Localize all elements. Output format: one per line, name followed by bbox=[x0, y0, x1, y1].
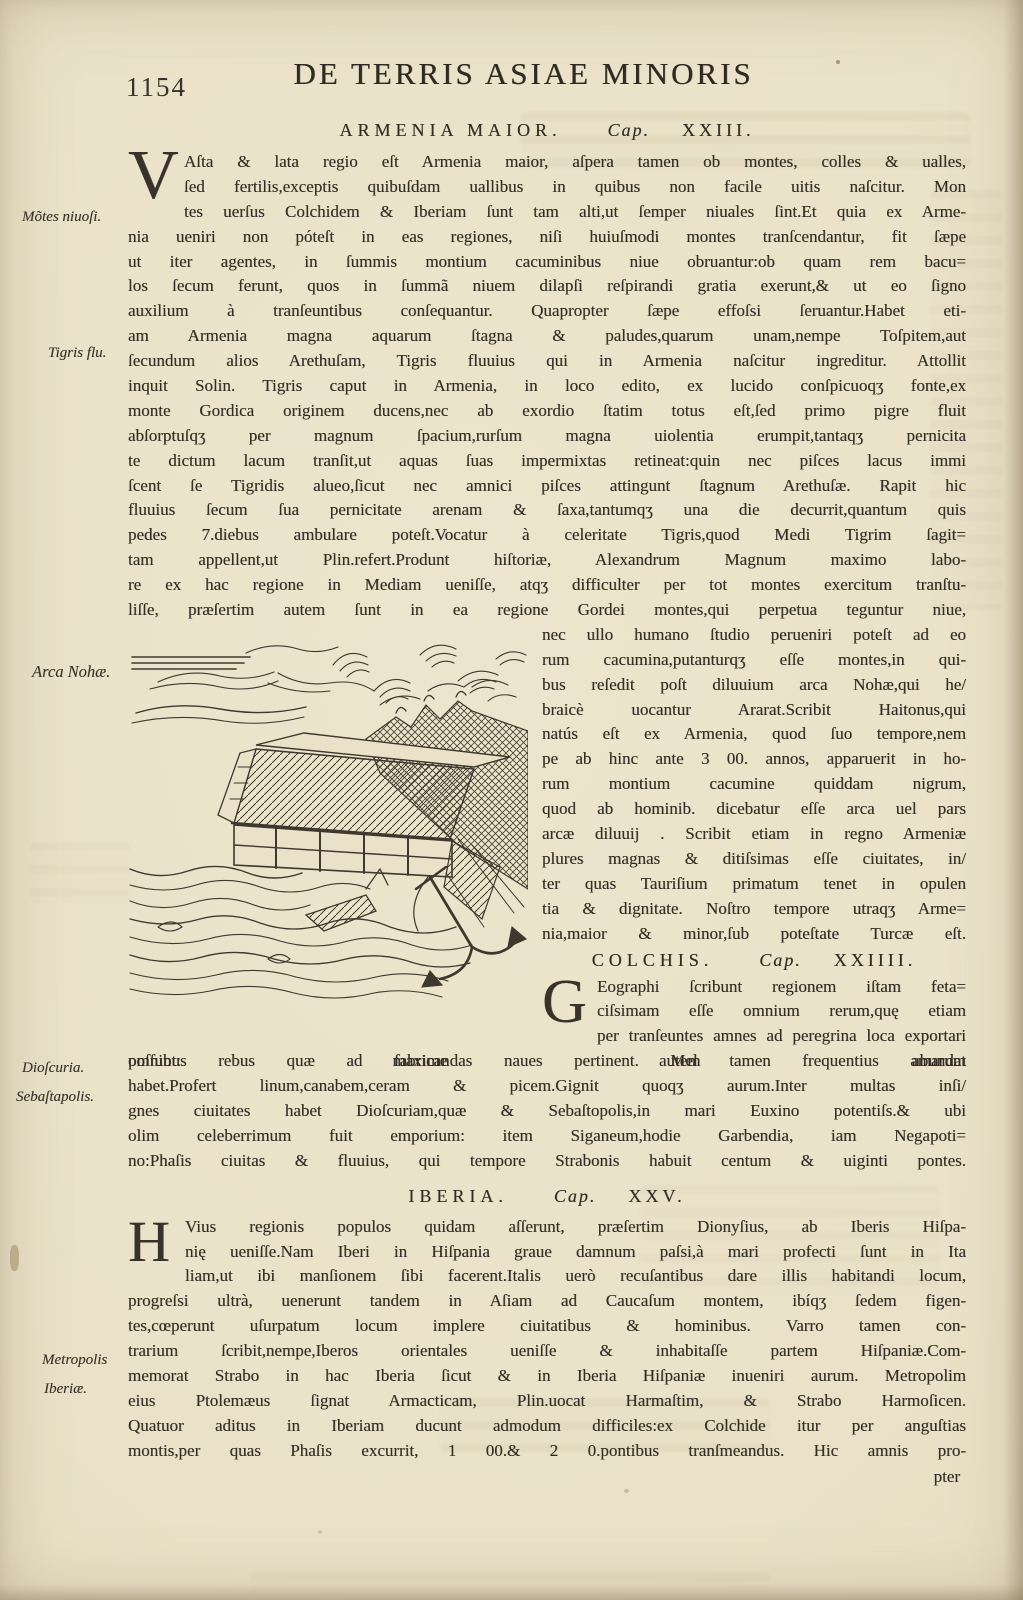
drop-cap-h: H bbox=[128, 1215, 180, 1265]
text-line: habet.Profert linum,canabem,ceram & pice… bbox=[128, 1074, 966, 1099]
text-line: tes uerſus Colchidem & Iberiam ſunt tam … bbox=[128, 200, 966, 225]
text-line: ſed fertilis,exceptis quibuſdam uallibus… bbox=[128, 175, 966, 200]
text-line: progreſsi ultrà, uenerunt tandem in Aſia… bbox=[128, 1289, 966, 1314]
text-line: olim celeberrimum fuit emporium: item Si… bbox=[128, 1124, 966, 1149]
page-edge-shadow bbox=[1003, 0, 1023, 1600]
text-line: ut iter agentes, in ſummis montium cacum… bbox=[128, 250, 966, 275]
text-line: nię ueniſſe.Nam Iberi in Hiſpania graue … bbox=[128, 1240, 966, 1265]
text-line: te dictum lacum tranſit,ut aquas ſuas im… bbox=[128, 449, 966, 474]
text-line: los ſecum ferunt, quos in ſummã niuem di… bbox=[128, 274, 966, 299]
text-line: abſorptuſqʒ per magnum ſpacium,rurſum ma… bbox=[128, 424, 966, 449]
text-line: liſſe, præſertim autem ſunt in ea region… bbox=[128, 598, 966, 623]
text-line: Aſta & lata regio eſt Armenia maior, aſp… bbox=[128, 150, 966, 175]
text-line: ſcent ſe Tigridis alueo,ſicut nec amnici… bbox=[128, 474, 966, 499]
text-line: nia ueniri non póteſt in eas regiones, n… bbox=[128, 225, 966, 250]
paper-speck bbox=[10, 1245, 19, 1271]
book-page: 1154 DE TERRIS ASIAE MINORIS ARMENIA MAI… bbox=[0, 0, 1023, 1600]
chapter-number: XXIIII. bbox=[834, 950, 916, 970]
chapter-cap-label: Cap. bbox=[759, 950, 802, 970]
paper-speck bbox=[318, 1530, 322, 1534]
catchword: pter bbox=[128, 1464, 966, 1489]
text-line: auxilium à tranſeuntibus conſequantur. Q… bbox=[128, 299, 966, 324]
text-line: fluuius ſecum ſua pernicitate arenam & ſ… bbox=[128, 498, 966, 523]
text-line: Vius regionis populos quidam aſſerunt, p… bbox=[128, 1215, 966, 1240]
text-line: ſecundum alios Arethuſam, Tigris fluuius… bbox=[128, 349, 966, 374]
text-line: memorat Strabo in hac Iberia ſicut & in … bbox=[128, 1364, 966, 1389]
margin-note-iberiae: Iberiæ. bbox=[44, 1381, 87, 1398]
text-line: montis,per quas Phaſis excurrit, 1 00.& … bbox=[128, 1439, 966, 1464]
armenia-paragraph: Aſta & lata regio eſt Armenia maior, aſp… bbox=[128, 150, 966, 623]
text-line: gnes ciuitates habet Dioſcuriam,quæ & Se… bbox=[128, 1099, 966, 1124]
paper-speck bbox=[624, 1489, 629, 1493]
margin-note-sebastapolis: Sebaſtapolis. bbox=[16, 1089, 94, 1106]
text-line: Quatuor aditus in Iberiam ducunt admodum… bbox=[128, 1414, 966, 1439]
margin-note-arca-nohae: Arca Nohæ. bbox=[32, 662, 110, 682]
bleed-through-smudge bbox=[30, 842, 130, 904]
chapter-cap-label: Cap. bbox=[554, 1186, 597, 1206]
drop-cap-v: V bbox=[128, 150, 184, 200]
text-line: eius Ptolemæus ſignat Armacticam, Plin.u… bbox=[128, 1389, 966, 1414]
drop-cap-g: G bbox=[542, 975, 592, 1025]
text-line: tes,cœperunt uſurpatum locum implere ciu… bbox=[128, 1314, 966, 1339]
page-edge-shadow bbox=[0, 1584, 1023, 1600]
text-line: re ex hac regione in Mediam ueniſſe, atq… bbox=[128, 573, 966, 598]
chapter-title: ARMENIA MAIOR. bbox=[339, 120, 561, 140]
chapter-title: COLCHIS. bbox=[592, 950, 714, 970]
margin-note-montes-niuosi: Mõtes niuoſi. bbox=[22, 209, 101, 226]
text-line: inquit Solin. Tigris caput in Armenia, i… bbox=[128, 374, 966, 399]
text-line: pedes 7.diebus ambulare poteſt.Vocatur à… bbox=[128, 523, 966, 548]
text-line: am Armenia magna aquarum ſtagna & palude… bbox=[128, 324, 966, 349]
running-head: DE TERRIS ASIAE MINORIS bbox=[12, 56, 1023, 92]
chapter-heading-iberia: IBERIA.Cap.XXV. bbox=[128, 1183, 966, 1211]
colchis-paragraph: per tranſeuntes amnes ad peregrina loca … bbox=[128, 1024, 966, 1173]
text-block: V Aſta & lata regio eſt Armenia maior, a… bbox=[128, 150, 966, 1489]
text-line: monte Gordica originem ducens,nec ab exo… bbox=[128, 399, 966, 424]
chapter-title: IBERIA. bbox=[408, 1186, 508, 1206]
chapter-number: XXV. bbox=[628, 1186, 685, 1206]
chapter-heading-armenia: ARMENIA MAIOR.Cap.XXIII. bbox=[128, 117, 966, 143]
margin-note-tigris-fluvius: Tigris flu. bbox=[48, 345, 106, 362]
arca-nohae-woodcut bbox=[128, 627, 528, 1001]
chapter-cap-label: Cap. bbox=[608, 120, 651, 140]
text-line: tam appellent,ut Plin.refert.Produnt hiſ… bbox=[128, 548, 966, 573]
text-line: no:Phaſis ciuitas & fluuius, qui tempore… bbox=[128, 1149, 966, 1174]
text-line: liam,ut ibi manſionem ſibi facerent.Ital… bbox=[128, 1264, 966, 1289]
text-line: omnibus rebus quæ ad fabricandas naues p… bbox=[128, 1049, 966, 1074]
margin-note-dioscuria: Dioſcuria. bbox=[22, 1060, 84, 1077]
chapter-number: XXIII. bbox=[682, 120, 754, 140]
iberia-paragraph: Vius regionis populos quidam aſſerunt, p… bbox=[128, 1215, 966, 1464]
margin-note-metropolis: Metropolis bbox=[42, 1352, 107, 1369]
text-line: trarium ſcribit,nempe,Iberos orientales … bbox=[128, 1339, 966, 1364]
